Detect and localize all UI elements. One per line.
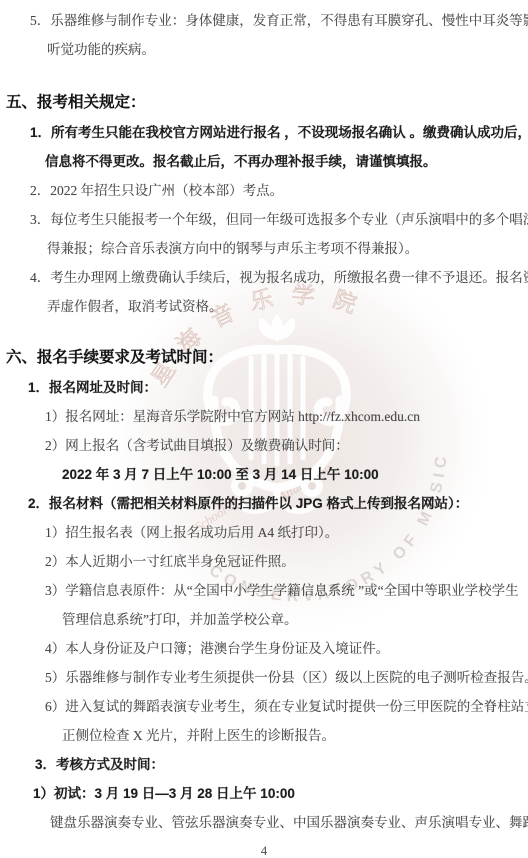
page-number: 4: [0, 841, 528, 858]
materials-item-4: 4）本人身份证及户口簿；港澳台学生身份证及入境证件。: [45, 634, 528, 663]
section-5-item-4-line-1: 4．考生办理网上缴费确认手续后，视为报名成功，所缴报名费一律不予退还。报名资料: [30, 263, 528, 292]
scanned-admission-document-page: 星海音乐学院 CONSERVATORY OF MUSIC School of A…: [0, 0, 528, 858]
materials-item-3-line-1: 3）学籍信息表原件：从“全国中小学生学籍信息系统 ”或“全国中等职业学校学生: [45, 576, 528, 605]
registration-date-range: 2022 年 3 月 7 日上午 10:00 至 3 月 14 日上午 10:0…: [62, 460, 528, 489]
section-5-item-3-line-1: 3．每位考生只能报考一个年级，但同一年级可选报多个专业（声乐演唱中的多个唱法不: [30, 205, 528, 234]
list-item-5-line-2: 听觉功能的疾病。: [47, 35, 528, 64]
section-5-item-2: 2．2022 年招生只设广州（校本部）考点。: [30, 176, 528, 205]
materials-item-5: 5）乐器维修与制作专业考生须提供一份县（区）级以上医院的电子测听检查报告。: [45, 663, 528, 692]
preliminary-exam-date-line: 1）初试：3 月 19 日—3 月 28 日上午 10:00: [33, 779, 528, 808]
document-body: 5．乐器维修与制作专业：身体健康，发育正常，不得患有耳膜穿孔、慢性中耳炎等影响 …: [0, 0, 528, 858]
materials-item-6-line-2: 正侧位检查 X 光片，并附上医生的诊断报告。: [62, 721, 528, 750]
online-registration-time-line: 2）网上报名（含考试曲目填报）及缴费确认时间：: [45, 431, 528, 460]
registration-materials-subheading: 2．报名材料（需把相关材料原件的扫描件以 JPG 格式上传到报名网站）：: [28, 489, 528, 518]
section-5-heading: 五、报考相关规定：: [6, 88, 528, 118]
materials-item-6-line-1: 6）进入复试的舞蹈表演专业考生，须在专业复试时提供一份三甲医院的全脊柱站立: [45, 692, 528, 721]
section-5-item-1-line-2: 信息将不得更改。报名截止后，不再办理补报手续，请谨慎填报。: [45, 147, 528, 176]
materials-item-1: 1）招生报名表（网上报名成功后用 A4 纸打印）。: [45, 518, 528, 547]
section-5-item-1-line-1: 1．所有考生只能在我校官方网站进行报名 ，不设现场报名确认 。缴费确认成功后，所…: [30, 118, 528, 147]
section-5-item-4-line-2: 弄虚作假者，取消考试资格。: [47, 292, 528, 321]
exam-method-subheading: 3．考核方式及时间：: [35, 750, 528, 779]
materials-item-3-line-2: 管理信息系统”打印，并加盖学校公章。: [62, 605, 528, 634]
list-item-5-line-1: 5．乐器维修与制作专业：身体健康，发育正常，不得患有耳膜穿孔、慢性中耳炎等影响: [30, 6, 528, 35]
section-6-heading: 六、报名手续要求及考试时间：: [6, 343, 528, 373]
section-5-item-3-line-2: 得兼报；综合音乐表演方向中的钢琴与声乐主考项不得兼报）。: [47, 234, 528, 263]
registration-url-time-subheading: 1．报名网址及时间：: [28, 373, 528, 402]
materials-item-2: 2）本人近期小一寸红底半身免冠证件照。: [45, 547, 528, 576]
preliminary-exam-majors-line: 键盘乐器演奏专业、管弦乐器演奏专业、中国乐器演奏专业、声乐演唱专业、舞蹈: [50, 808, 528, 837]
registration-url-line: 1）报名网址：星海音乐学院附中官方网站 http://fz.xhcom.edu.…: [45, 402, 528, 431]
